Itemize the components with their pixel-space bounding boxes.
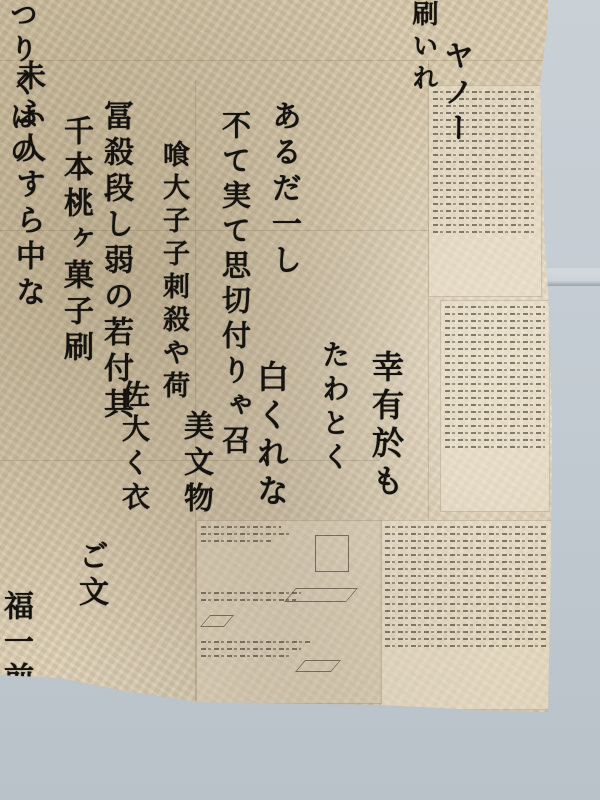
- wall-molding: [540, 268, 600, 286]
- calligraphy-column: 千本桃ヶ菓子刷: [60, 115, 90, 367]
- calligraphy-column: ヤノー: [440, 40, 470, 148]
- calligraphy-column: 幸有於も: [370, 350, 402, 502]
- handwritten-notes-middle-right: [440, 300, 550, 512]
- calligraphy-column: 喰大子子刺殺や荷: [160, 140, 187, 404]
- handwritten-notes-lower-right: [380, 520, 552, 710]
- calligraphy-column: 未ふ人すら中な: [12, 60, 42, 312]
- calligraphy-column: 美文物: [180, 410, 210, 518]
- calligraphy-column: 刷いれ: [410, 0, 436, 96]
- square-diagram: [315, 535, 349, 572]
- calligraphy-column: 不て実て思切付りゃ召: [220, 110, 249, 460]
- calligraphy-column: 佐大く衣: [120, 380, 148, 516]
- calligraphy-column: たわとく: [320, 340, 348, 476]
- handwritten-diagrams-lower-center: [196, 520, 382, 704]
- diamond-diagram: [284, 588, 358, 602]
- calligraphy-column: 福一前: [0, 590, 30, 698]
- paper-wall-hanging: つりくはの 未ふ人すら中な 千本桃ヶ菓子刷 冨殺段し弱の若付其 喰大子子刺殺や荷…: [0, 0, 560, 720]
- calligraphy-column: 白くれな: [255, 360, 287, 512]
- calligraphy-column: ご文: [75, 540, 105, 612]
- calligraphy-column: 冨殺段し弱の若付其: [100, 100, 130, 424]
- calligraphy-column: あるだ一し: [268, 100, 298, 280]
